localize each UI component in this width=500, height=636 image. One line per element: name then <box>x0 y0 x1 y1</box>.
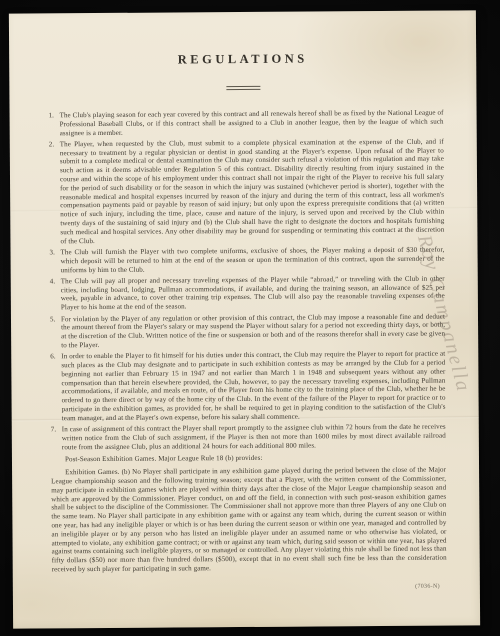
regulation-text: In order to enable the Player to fit him… <box>61 350 445 422</box>
post-season-heading: Post-Season Exhibition Games. Major Leag… <box>51 453 446 465</box>
regulation-item: 7. In case of assignment of this contrac… <box>51 423 446 452</box>
regulation-text: The Player, when requested by the Club, … <box>60 137 445 244</box>
regulations-list: 1. The Club's playing season for each ye… <box>49 109 446 452</box>
regulation-item: 3. The Club will furnish the Player with… <box>49 246 444 275</box>
regulation-item: 2. The Player, when requested by the Clu… <box>49 137 445 245</box>
regulation-number: 5. <box>50 315 59 324</box>
title-rule <box>226 86 260 90</box>
form-number: (7036-N) <box>415 584 440 590</box>
document-body: 1. The Club's playing season for each ye… <box>48 99 446 575</box>
regulation-item: 4. The Club will pay all proper and nece… <box>50 274 445 312</box>
exhibition-games-paragraph: Exhibition Games. (b) No Player shall pa… <box>51 466 447 574</box>
regulation-number: 6. <box>50 353 59 362</box>
regulation-text: In case of assignment of this contract t… <box>62 423 446 451</box>
regulation-item: 6. In order to enable the Player to fit … <box>50 350 445 423</box>
regulation-item: 1. The Club's playing season for each ye… <box>49 109 444 138</box>
regulation-number: 1. <box>49 111 58 120</box>
regulation-number: 4. <box>50 277 59 286</box>
regulation-text: The Club will pay all proper and necessa… <box>61 274 445 311</box>
regulation-item: 5. For violation by the Player of any re… <box>50 312 445 350</box>
regulation-text: For violation by the Player of any regul… <box>61 312 445 349</box>
regulation-number: 7. <box>51 425 60 434</box>
regulation-number: 2. <box>49 140 58 149</box>
page-title: REGULATIONS <box>9 50 476 68</box>
regulation-number: 3. <box>49 248 58 257</box>
photo-background: REGULATIONS 1. The Club's playing season… <box>0 0 500 636</box>
regulation-text: The Club will furnish the Player with tw… <box>60 246 444 274</box>
regulation-text: The Club's playing season for each year … <box>60 109 444 137</box>
document-page: REGULATIONS 1. The Club's playing season… <box>9 10 480 628</box>
